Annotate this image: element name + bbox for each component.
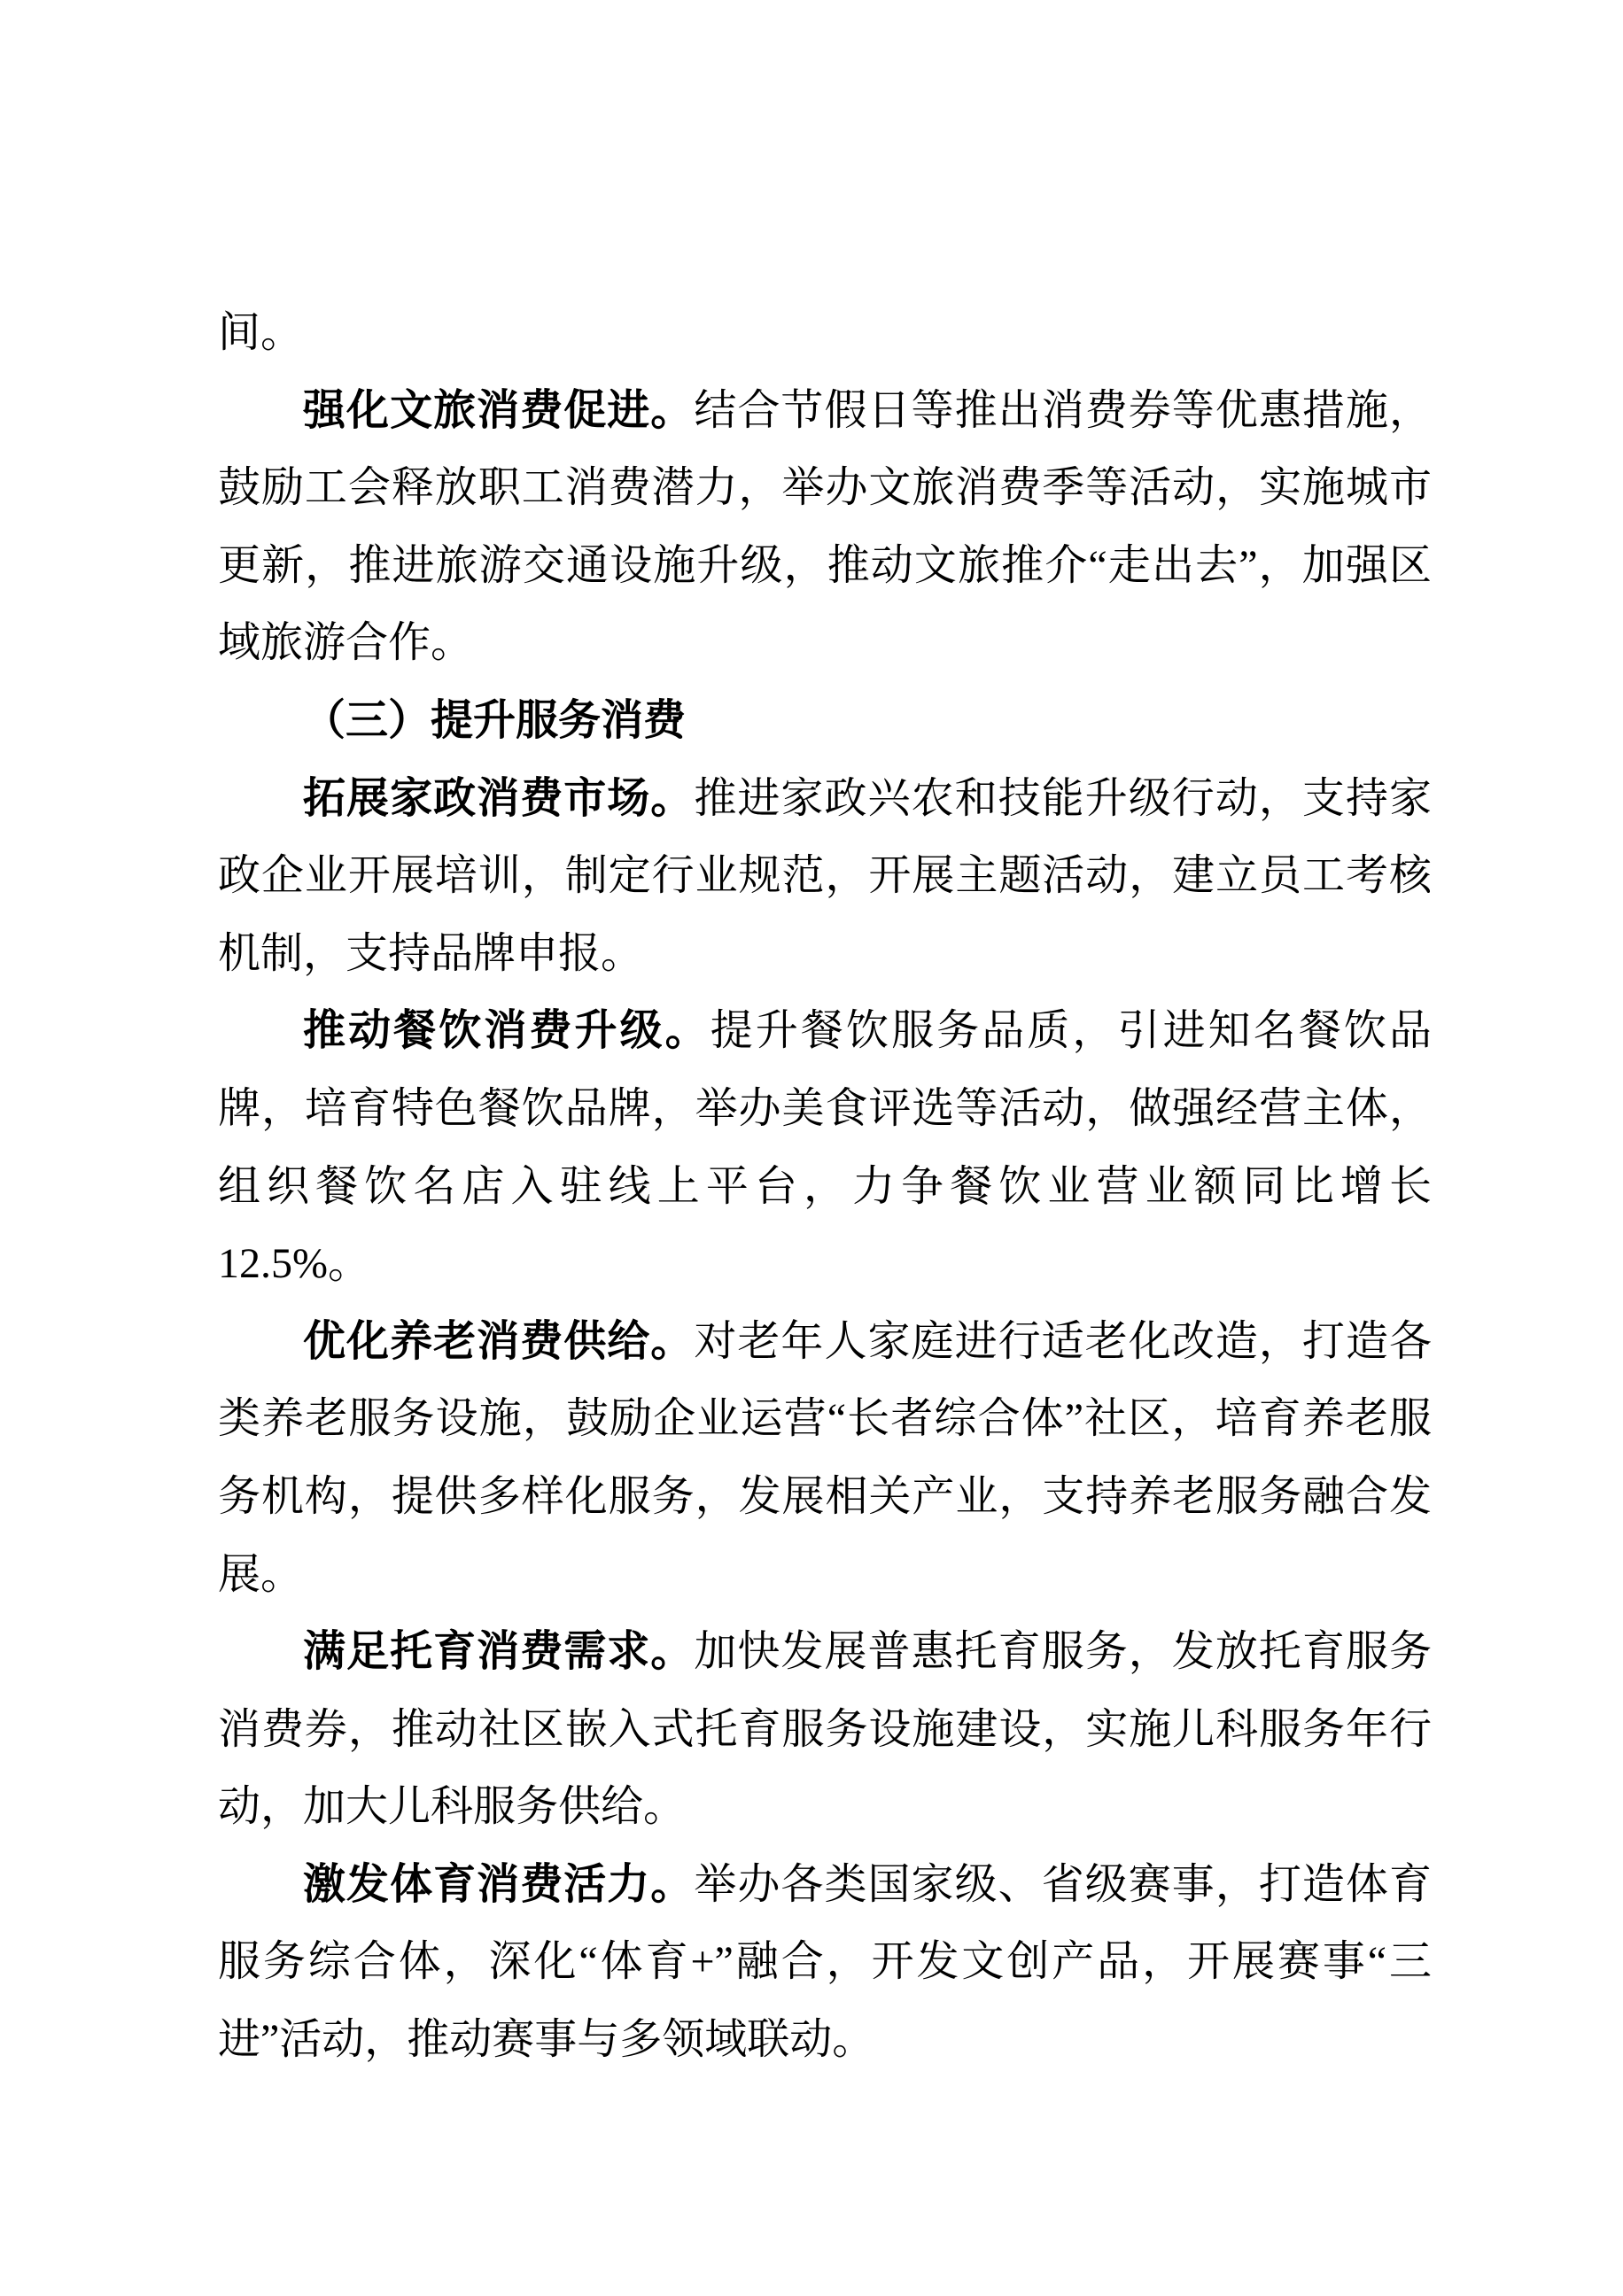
section-heading-text: （三）提升服务消费 bbox=[303, 697, 686, 744]
paragraph-lead: 满足托育消费需求。 bbox=[303, 1628, 694, 1675]
paragraph-lead: 强化文旅消费促进。 bbox=[303, 387, 694, 434]
paragraph-cultural-tourism: 强化文旅消费促进。结合节假日等推出消费券等优惠措施，鼓励工会释放职工消费潜力，举… bbox=[218, 372, 1432, 682]
paragraph-continuation: 间。 bbox=[218, 294, 1432, 372]
paragraph-lead: 优化养老消费供给。 bbox=[303, 1318, 694, 1365]
paragraph-text: 间。 bbox=[218, 309, 303, 356]
paragraph-sports: 激发体育消费活力。举办各类国家级、省级赛事，打造体育服务综合体，深化“体育+”融… bbox=[218, 1846, 1432, 2079]
paragraph-catering: 推动餐饮消费升级。提升餐饮服务品质，引进知名餐饮品牌，培育特色餐饮品牌，举办美食… bbox=[218, 992, 1432, 1302]
paragraph-lead: 激发体育消费活力。 bbox=[303, 1861, 694, 1908]
document-text-block: 间。 强化文旅消费促进。结合节假日等推出消费券等优惠措施，鼓励工会释放职工消费潜… bbox=[218, 294, 1432, 2079]
paragraph-lead: 推动餐饮消费升级。 bbox=[303, 1007, 711, 1054]
paragraph-housekeeping: 拓展家政消费市场。推进家政兴农和技能升级行动，支持家政企业开展培训，制定行业规范… bbox=[218, 760, 1432, 993]
paragraph-lead: 拓展家政消费市场。 bbox=[303, 775, 694, 822]
paragraph-elderly-care: 优化养老消费供给。对老年人家庭进行适老化改造，打造各类养老服务设施，鼓励企业运营… bbox=[218, 1303, 1432, 1613]
document-page: 间。 强化文旅消费促进。结合节假日等推出消费券等优惠措施，鼓励工会释放职工消费潜… bbox=[0, 0, 1623, 2296]
section-heading-3: （三）提升服务消费 bbox=[218, 682, 1432, 760]
paragraph-childcare: 满足托育消费需求。加快发展普惠托育服务，发放托育服务消费券，推动社区嵌入式托育服… bbox=[218, 1613, 1432, 1846]
